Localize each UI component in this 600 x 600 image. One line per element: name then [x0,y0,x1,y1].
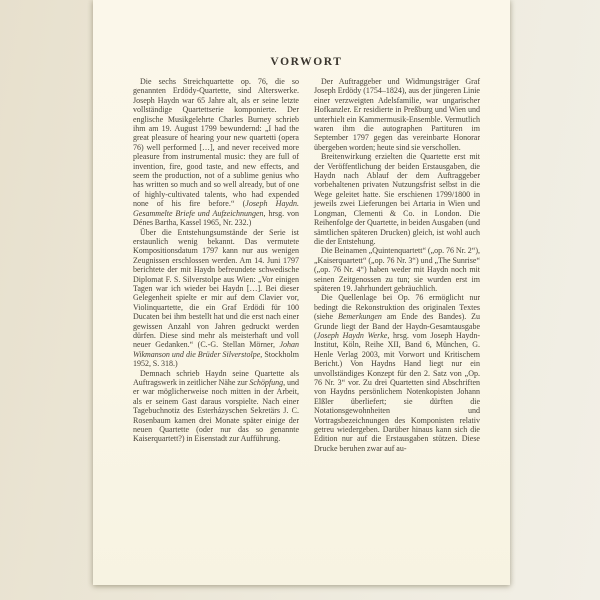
preface-paragraph: Über die Entstehungsumstände der Serie i… [133,228,299,369]
cited-work-italic: Joseph Haydn Werke [317,331,388,340]
preface-text-block: Die sechs Streichquartette op. 76, die s… [133,77,480,453]
book-page-sheet: VORWORT Die sechs Streichquartette op. 7… [93,0,510,585]
text-column-left: Die sechs Streichquartette op. 76, die s… [133,77,299,453]
body-text-segment: Die Beinamen „Quintenquartett“ („op. 76 … [314,246,480,293]
body-text-segment: Die sechs Streichquartette op. 76, die s… [133,77,299,208]
scanned-book-page: { "page": { "title": "VORWORT", "columns… [0,0,600,600]
preface-paragraph: Die Quellenlage bei Op. 76 ermöglicht nu… [314,293,480,453]
body-text-segment: Über die Entstehungsumstände der Serie i… [133,228,299,350]
body-text-segment: , hrsg. vom Joseph Haydn-Institut, Köln,… [314,331,480,453]
cited-work-italic: Schöpfung [249,378,283,387]
preface-paragraph: Die Beinamen „Quintenquartett“ („op. 76 … [314,246,480,293]
page-title-row: VORWORT [133,52,480,70]
body-text-segment: Breitenwirkung erzielten die Quartette e… [314,152,480,246]
body-text-segment: , und er war möglicherweise noch mitten … [133,378,299,443]
preface-paragraph: Breitenwirkung erzielten die Quartette e… [314,152,480,246]
text-column-right: Der Auftraggeber und Widmungsträger Graf… [314,77,480,453]
page-title: VORWORT [270,56,342,68]
cited-work-italic: Bemerkungen [338,312,382,321]
preface-paragraph: Der Auftraggeber und Widmungsträger Graf… [314,77,480,152]
preface-paragraph: Demnach schrieb Haydn seine Quartette al… [133,369,299,444]
body-text-segment: Der Auftraggeber und Widmungsträger Graf… [314,77,480,152]
preface-paragraph: Die sechs Streichquartette op. 76, die s… [133,77,299,228]
